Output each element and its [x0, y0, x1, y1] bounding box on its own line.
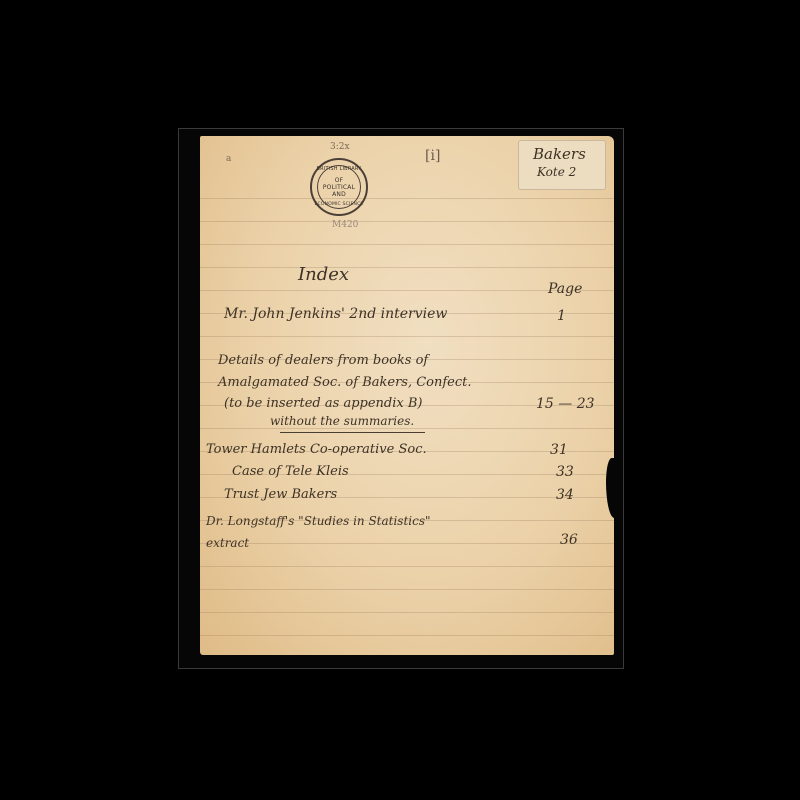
- stamp-line: POLITICAL: [312, 184, 366, 191]
- index-entry: (to be inserted as appendix B): [224, 396, 422, 411]
- entry-page: 1: [557, 308, 566, 324]
- index-entry: Mr. John Jenkins' 2nd interview: [224, 306, 447, 322]
- label-line-1: Bakers: [533, 145, 586, 163]
- torn-edge: [606, 458, 614, 518]
- ruled-line: [200, 267, 614, 268]
- ruled-line: [200, 428, 614, 429]
- entry-page: 15 — 23: [536, 396, 595, 412]
- manuscript-page: a 3:2x [i] Bakers Kote 2 BRITISH LIBRARY…: [200, 136, 614, 655]
- ruled-line: [200, 612, 614, 613]
- shelf-label: Bakers Kote 2: [518, 140, 606, 190]
- index-entry-note: without the summaries.: [270, 414, 414, 428]
- ruled-line: [200, 336, 614, 337]
- corner-mark: a: [226, 154, 231, 164]
- ruled-line: [200, 589, 614, 590]
- entry-page: 34: [556, 487, 574, 503]
- ruled-line: [200, 221, 614, 222]
- stamp-line: ECONOMIC SCIENCE: [312, 202, 366, 207]
- index-title: Index: [298, 264, 349, 285]
- index-entry: Case of Tele Kleis: [232, 464, 349, 479]
- stamp-line: AND: [312, 191, 366, 198]
- library-stamp: BRITISH LIBRARY OF POLITICAL AND ECONOMI…: [310, 158, 368, 216]
- label-line-2: Kote 2: [537, 165, 576, 179]
- folio-number: 3:2x: [330, 142, 350, 152]
- index-entry: Trust Jew Bakers: [224, 487, 337, 502]
- index-entry: Tower Hamlets Co-operative Soc.: [206, 442, 427, 457]
- ruled-line: [200, 244, 614, 245]
- underline: [280, 432, 425, 433]
- entry-page: 33: [556, 464, 574, 480]
- index-entry: Dr. Longstaff's "Studies in Statistics" …: [206, 510, 476, 554]
- ruled-line: [200, 198, 614, 199]
- stamp-line: OF: [312, 177, 366, 184]
- ruled-line: [200, 635, 614, 636]
- index-entry: Details of dealers from books of Amalgam…: [218, 350, 508, 394]
- stamp-line: BRITISH LIBRARY: [312, 166, 366, 172]
- shelfmark: M420: [332, 220, 358, 230]
- bracket-mark: [i]: [425, 148, 440, 164]
- entry-page: 31: [550, 442, 568, 458]
- entry-page: 36: [560, 532, 578, 548]
- page-column-header: Page: [548, 281, 582, 297]
- ruled-line: [200, 566, 614, 567]
